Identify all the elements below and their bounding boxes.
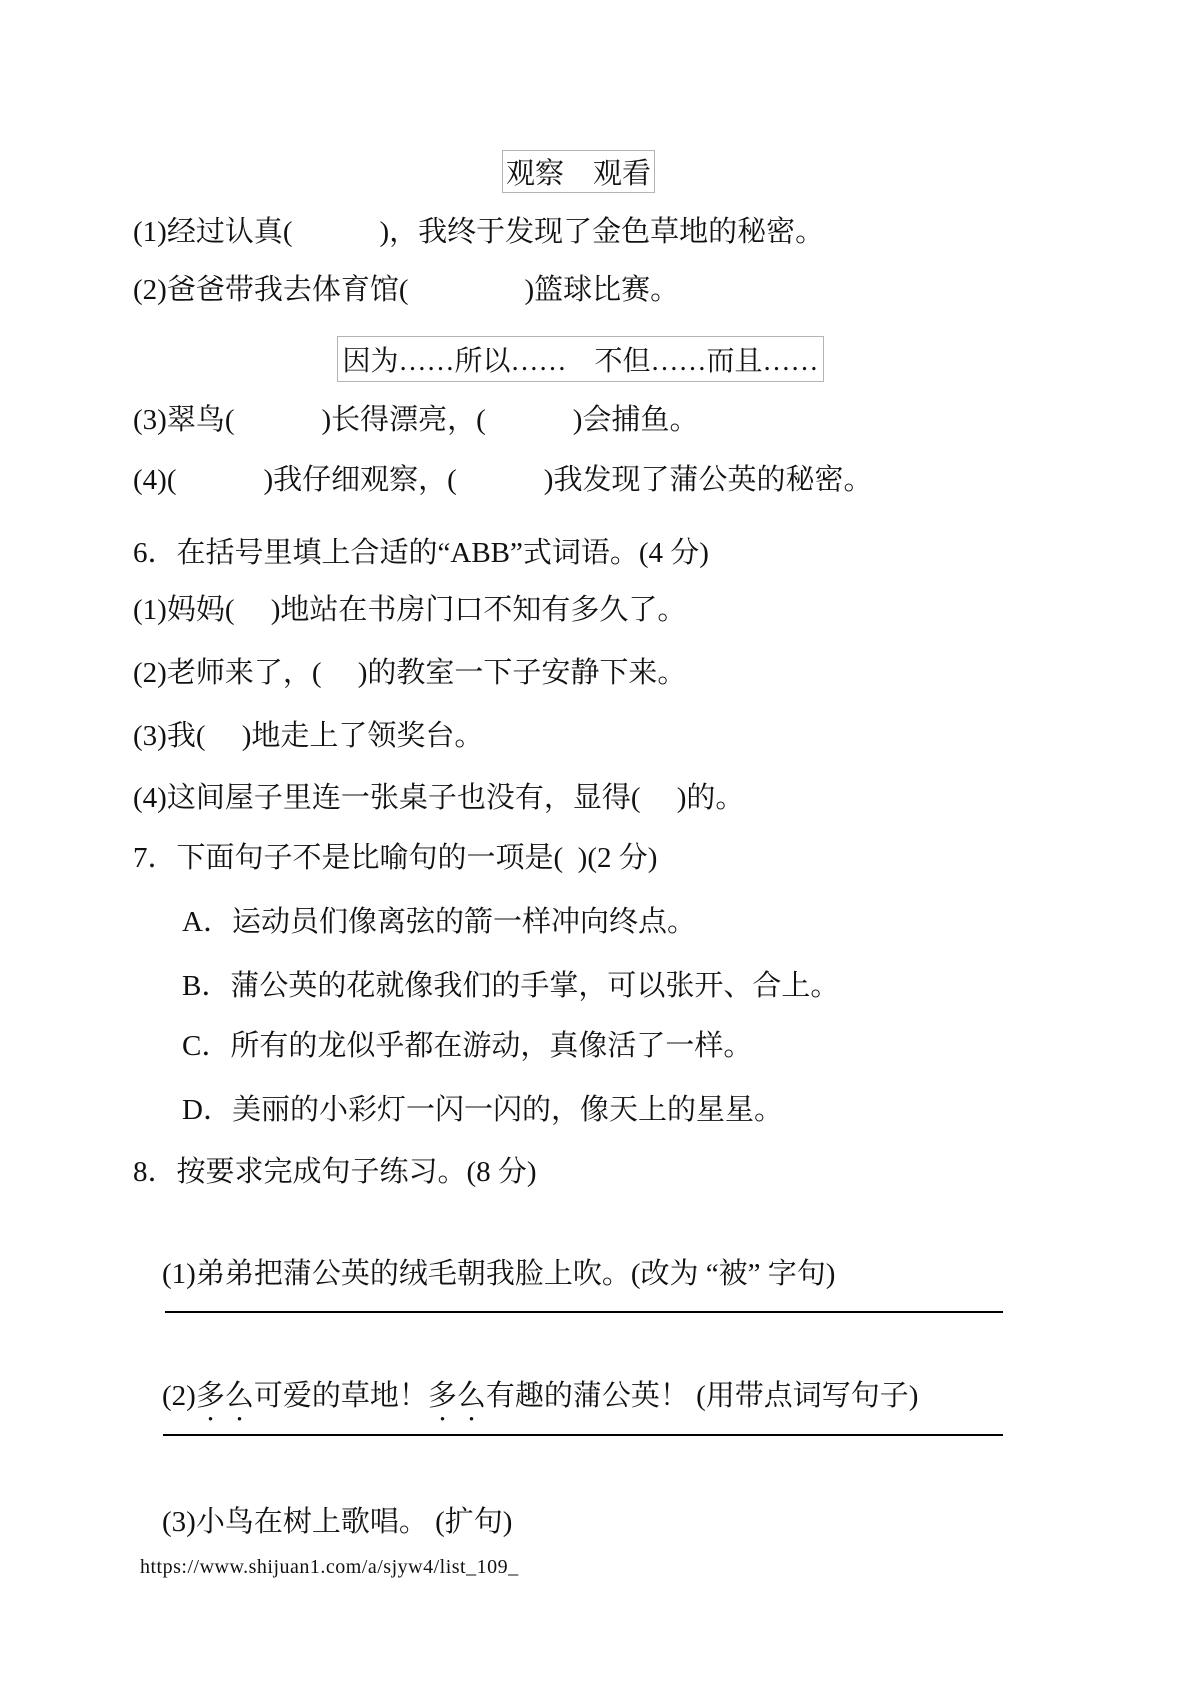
word-bank-2-text: 因为……所以…… 不但……而且…… — [342, 339, 818, 379]
question-7-option-c: C．所有的龙似乎都在游动，真像活了一样。 — [182, 1026, 752, 1066]
question-8-item-2-note: (用带点词写句子) — [689, 1380, 919, 1412]
answer-line-1 — [165, 1311, 1003, 1313]
footer-url: https://www.shijuan1.com/a/sjyw4/list_10… — [140, 1556, 519, 1579]
word-bank-1-text: 观察 观看 — [506, 151, 651, 192]
question-7-title: 7．下面句子不是比喻句的一项是( )(2 分) — [133, 838, 657, 878]
question-7-option-d: D．美丽的小彩灯一闪一闪的，像天上的星星。 — [182, 1090, 783, 1130]
question-8-item-3-text: (3)小鸟在树上歌唱。 — [162, 1506, 428, 1538]
question-8-item-2-segment-2: 有趣的蒲公英！ — [486, 1380, 689, 1412]
test-paper-page: 观察 观看 (1)经过认真( )，我终于发现了金色草地的秘密。 (2)爸爸带我去… — [0, 0, 1191, 1684]
question-6-title: 6．在括号里填上合适的“ABB”式词语。(4 分) — [133, 533, 709, 573]
question-6-item-1: (1)妈妈( )地站在书房门口不知有多久了。 — [133, 590, 686, 630]
question-8-item-1: (1)弟弟把蒲公英的绒毛朝我脸上吹。(改为 “被” 字句) — [133, 1214, 835, 1334]
question-6-item-3: (3)我( )地走上了领奖台。 — [133, 716, 483, 756]
fill-item-3: (3)翠鸟( )长得漂亮，( )会捕鱼。 — [133, 400, 698, 440]
question-7-option-a: A．运动员们像离弦的箭一样冲向终点。 — [182, 902, 696, 942]
question-8-title: 8．按要求完成句子练习。(8 分) — [133, 1152, 537, 1192]
question-8-item-1-text: (1)弟弟把蒲公英的绒毛朝我脸上吹。 — [162, 1258, 631, 1290]
question-8-item-2-segment-1: 可爱的草地！ — [254, 1380, 428, 1412]
fill-item-1: (1)经过认真( )，我终于发现了金色草地的秘密。 — [133, 212, 824, 252]
question-8-item-2-prefix: (2) — [162, 1380, 196, 1412]
question-7-option-b: B．蒲公英的花就像我们的手掌，可以张开、合上。 — [182, 966, 839, 1006]
question-8-item-1-note: (改为 “被” 字句) — [631, 1258, 836, 1290]
question-8-item-2: (2)多么可爱的草地！多么有趣的蒲公英！ (用带点词写句子) — [133, 1336, 918, 1468]
answer-line-2 — [163, 1434, 1003, 1436]
fill-item-2: (2)爸爸带我去体育馆( )篮球比赛。 — [133, 270, 679, 310]
question-6-item-2: (2)老师来了，( )的教室一下子安静下来。 — [133, 653, 686, 693]
word-bank-box-2: 因为……所以…… 不但……而且…… — [337, 336, 824, 382]
question-8-item-2-emphasized-word-2: 多么 — [428, 1380, 486, 1412]
word-bank-box-1: 观察 观看 — [502, 150, 655, 193]
fill-item-4: (4)( )我仔细观察，( )我发现了蒲公英的秘密。 — [133, 460, 872, 500]
question-8-item-3-note: (扩句) — [428, 1506, 513, 1538]
question-8-item-2-emphasized-word-1: 多么 — [196, 1380, 254, 1412]
question-6-item-4: (4)这间屋子里连一张桌子也没有，显得( )的。 — [133, 778, 744, 818]
